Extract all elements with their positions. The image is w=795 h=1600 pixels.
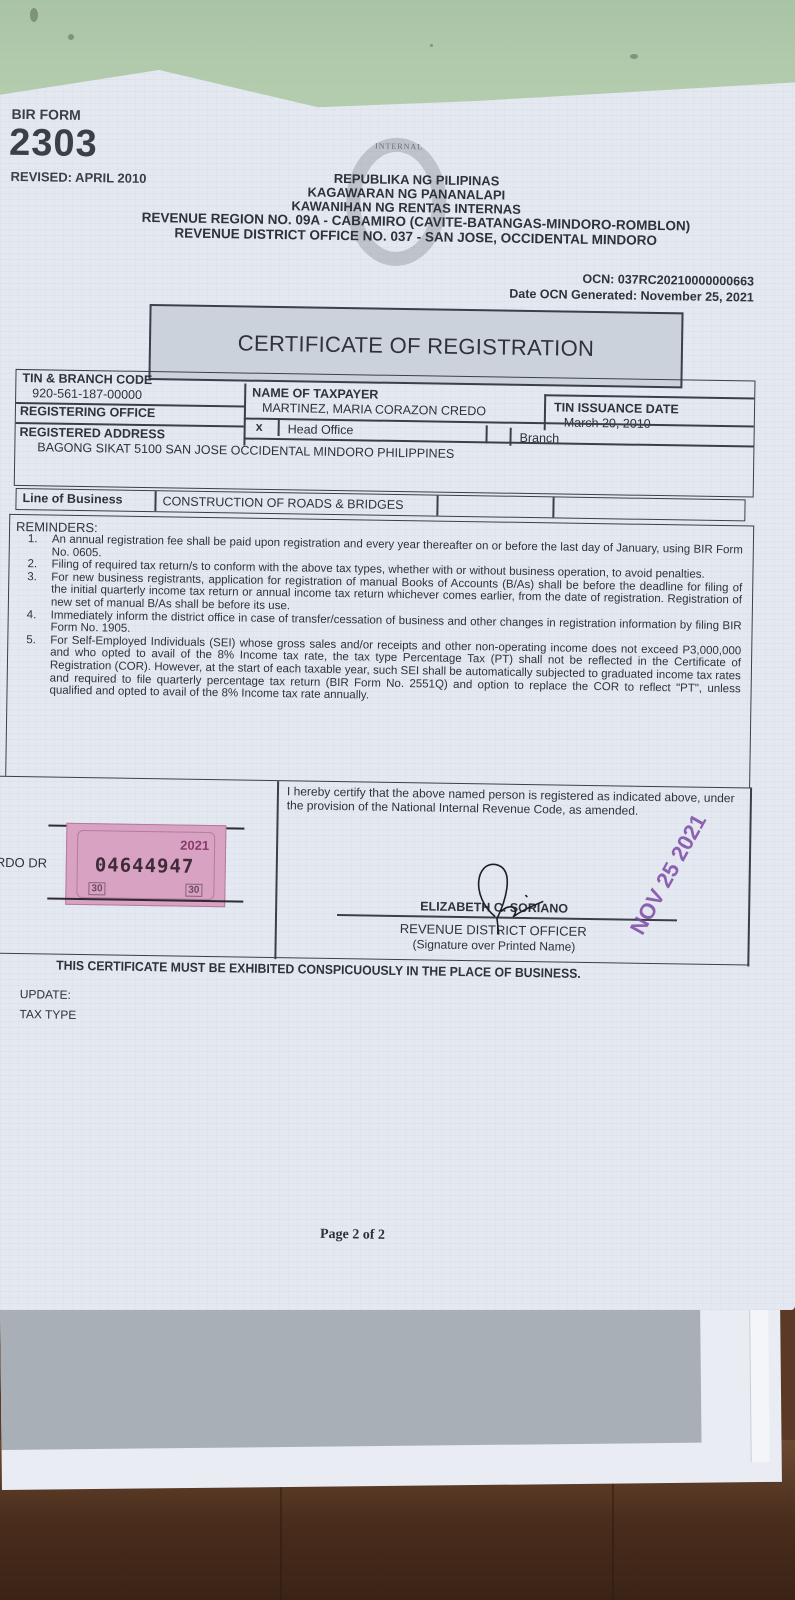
taxpayer-name-label: NAME OF TAXPAYER xyxy=(252,386,378,402)
signature-note: (Signature over Printed Name) xyxy=(412,937,575,954)
reminder-item: 5.For Self-Employed Individuals (SEI) wh… xyxy=(25,634,741,708)
tin-value: 920-561-187-00000 xyxy=(32,386,142,402)
signature-icon xyxy=(465,856,566,938)
registered-address-label: REGISTERED ADDRESS xyxy=(19,425,165,441)
stamp-value-right: 30 xyxy=(185,884,202,897)
update-block: UPDATE: TAX TYPE xyxy=(19,984,77,1025)
head-office-checkbox: x xyxy=(256,420,263,434)
reminders-list: 1.An annual registration fee shall be pa… xyxy=(25,533,742,708)
tin-label: TIN & BRANCH CODE xyxy=(22,371,152,387)
form-number: 2303 xyxy=(9,122,98,166)
reminders-section: REMINDERS: 1.An annual registration fee … xyxy=(5,514,754,788)
registering-office-label: REGISTERING OFFICE xyxy=(20,404,156,420)
seal-text: INTERNAL xyxy=(375,142,423,152)
tin-issuance-label: TIN ISSUANCE DATE xyxy=(554,400,679,416)
taxpayer-name-value: MARTINEZ, MARIA CORAZON CREDO xyxy=(262,401,486,419)
taxpayer-info-table: TIN & BRANCH CODE 920-561-187-00000 NAME… xyxy=(14,369,756,498)
rdo-dr-label: RDO DR xyxy=(0,855,47,871)
line-of-business-value: CONSTRUCTION OF ROADS & BRIDGES xyxy=(162,494,403,512)
tax-type-label: TAX TYPE xyxy=(19,1004,76,1025)
line-of-business-label: Line of Business xyxy=(22,491,122,507)
ocn-block: OCN: 037RC20210000000663 Date OCN Genera… xyxy=(509,270,754,306)
page-number: Page 2 of 2 xyxy=(320,1227,385,1244)
stamp-value-left: 30 xyxy=(88,882,105,895)
certification-section: RDO DR 2021 04644947 30 30 I hereby cert… xyxy=(0,776,752,966)
stamp-year: 2021 xyxy=(180,838,209,853)
form-label: BIR FORM xyxy=(11,106,80,123)
documentary-stamp: 2021 04644947 30 30 xyxy=(65,823,226,908)
certification-text: I hereby certify that the above named pe… xyxy=(287,785,742,819)
certificate-document: BIR FORM 2303 REVISED: APRIL 2010 INTERN… xyxy=(0,0,795,1600)
ocn-generated-date: Date OCN Generated: November 25, 2021 xyxy=(509,286,754,306)
update-label: UPDATE: xyxy=(20,984,77,1005)
stamp-serial: 04644947 xyxy=(95,854,195,878)
head-office-label: Head Office xyxy=(288,422,354,437)
registered-address-value: BAGONG SIKAT 5100 SAN JOSE OCCIDENTAL MI… xyxy=(37,440,454,461)
